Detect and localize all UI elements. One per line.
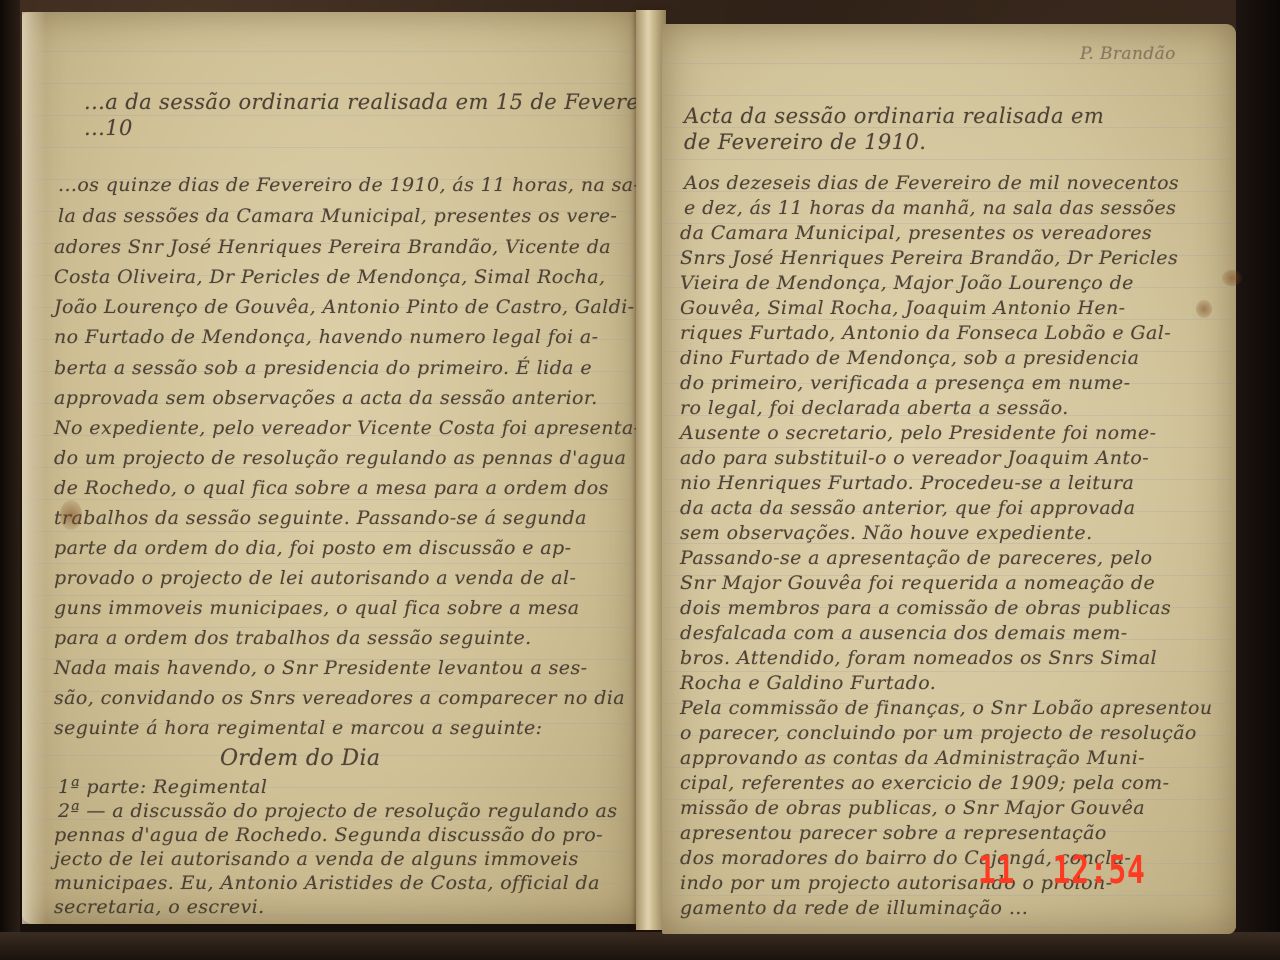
- text-line: João Lourenço de Gouvêa, Antonio Pinto d…: [54, 296, 635, 318]
- agenda-line: jecto de lei autorisando a venda de algu…: [54, 848, 579, 870]
- left-page-title-line: ...10: [84, 116, 133, 140]
- section-heading-ordem-do-dia: Ordem do Dia: [220, 746, 380, 771]
- text-line: approvando as contas da Administração Mu…: [680, 747, 1145, 769]
- left-page-worn-edge: [22, 12, 46, 924]
- camera-timestamp: 11 12:54: [978, 848, 1146, 892]
- agenda-line: 2ª — a discussão do projecto de resoluçã…: [58, 800, 617, 822]
- agenda-line: 1ª parte: Regimental: [58, 776, 267, 798]
- text-line: Nada mais havendo, o Snr Presidente leva…: [54, 657, 587, 679]
- text-line: o parecer, concluindo por um projecto de…: [680, 722, 1197, 744]
- book-cover-edge: [0, 0, 20, 960]
- text-line: approvada sem observações a acta da sess…: [54, 387, 598, 409]
- text-line: parte da ordem do dia, foi posto em disc…: [54, 537, 571, 559]
- text-line: apresentou parecer sobre a representação: [680, 822, 1107, 844]
- text-line: e dez, ás 11 horas da manhã, na sala das…: [684, 197, 1176, 219]
- text-line: Vieira de Mendonça, Major João Lourenço …: [680, 272, 1134, 294]
- text-line: Snrs José Henriques Pereira Brandão, Dr …: [680, 247, 1178, 269]
- text-line: guns immoveis municipaes, o qual fica so…: [54, 597, 580, 619]
- agenda-line: municipaes. Eu, Antonio Aristides de Cos…: [54, 872, 600, 894]
- text-line: Costa Oliveira, Dr Pericles de Mendonça,…: [54, 266, 605, 288]
- text-line: no Furtado de Mendonça, havendo numero l…: [54, 326, 598, 348]
- text-line: missão de obras publicas, o Snr Major Go…: [680, 797, 1145, 819]
- text-line: desfalcada com a ausencia dos demais mem…: [680, 622, 1128, 644]
- text-line: de Rochedo, o qual fica sobre a mesa par…: [54, 477, 609, 499]
- text-line: dino Furtado de Mendonça, sob a presiden…: [680, 347, 1139, 369]
- foxing-stain: [1196, 300, 1212, 318]
- text-line: cipal, referentes ao exercicio de 1909; …: [680, 772, 1169, 794]
- text-line: Ausente o secretario, pelo Presidente fo…: [680, 422, 1156, 444]
- text-line: provado o projecto de lei autorisando a …: [54, 567, 576, 589]
- text-line: ado para substituil-o o vereador Joaquim…: [680, 447, 1149, 469]
- text-line: dois membros para a comissão de obras pu…: [680, 597, 1171, 619]
- text-line: nio Henriques Furtado. Procedeu-se a lei…: [680, 472, 1134, 494]
- text-line: gamento da rede de illuminação ...: [680, 897, 1028, 919]
- text-line: são, convidando os Snrs vereadores a com…: [54, 687, 625, 709]
- agenda-line: pennas d'agua de Rochedo. Segunda discus…: [54, 824, 603, 846]
- text-line: do um projecto de resolução regulando as…: [54, 447, 626, 469]
- text-line: ...os quinze dias de Fevereiro de 1910, …: [58, 174, 640, 196]
- text-line: da acta da sessão anterior, que foi appr…: [680, 497, 1135, 519]
- book-binding-right: [1236, 0, 1280, 960]
- right-page-title-line: de Fevereiro de 1910.: [684, 130, 926, 154]
- foxing-stain: [60, 500, 82, 530]
- left-page-title-line: ...a da sessão ordinaria realisada em 15…: [84, 90, 704, 114]
- text-line: berta a sessão sob a presidencia do prim…: [54, 357, 592, 379]
- agenda-line: secretaria, o escrevi.: [54, 896, 265, 918]
- foxing-stain: [1222, 270, 1242, 286]
- text-line: Gouvêa, Simal Rocha, Joaquim Antonio Hen…: [680, 297, 1125, 319]
- text-line: da Camara Municipal, presentes os veread…: [680, 222, 1152, 244]
- text-line: No expediente, pelo vereador Vicente Cos…: [54, 417, 641, 439]
- text-line: adores Snr José Henriques Pereira Brandã…: [54, 236, 611, 258]
- text-line: seguinte á hora regimental e marcou a se…: [54, 717, 542, 739]
- text-line: Pela commissão de finanças, o Snr Lobão …: [680, 697, 1213, 719]
- book-bottom-edge: [0, 932, 1280, 960]
- right-page-title-line: Acta da sessão ordinaria realisada em: [684, 104, 1104, 128]
- text-line: trabalhos da sessão seguinte. Passando-s…: [54, 507, 587, 529]
- text-line: do primeiro, verificada a presença em nu…: [680, 372, 1130, 394]
- text-line: sem observações. Não houve expediente.: [680, 522, 1093, 544]
- text-line: bros. Attendido, foram nomeados os Snrs …: [680, 647, 1157, 669]
- text-line: Passando-se a apresentação de pareceres,…: [680, 547, 1152, 569]
- corner-annotation: P. Brandão: [1080, 44, 1176, 64]
- text-line: riques Furtado, Antonio da Fonseca Lobão…: [680, 322, 1171, 344]
- text-line: Rocha e Galdino Furtado.: [680, 672, 936, 694]
- text-line: la das sessões da Camara Municipal, pres…: [58, 205, 617, 227]
- text-line: Aos dezeseis dias de Fevereiro de mil no…: [684, 172, 1179, 194]
- text-line: para a ordem dos trabalhos da sessão seg…: [54, 627, 532, 649]
- text-line: ro legal, foi declarada aberta a sessão.: [680, 397, 1069, 419]
- text-line: Snr Major Gouvêa foi requerida a nomeaçã…: [680, 572, 1155, 594]
